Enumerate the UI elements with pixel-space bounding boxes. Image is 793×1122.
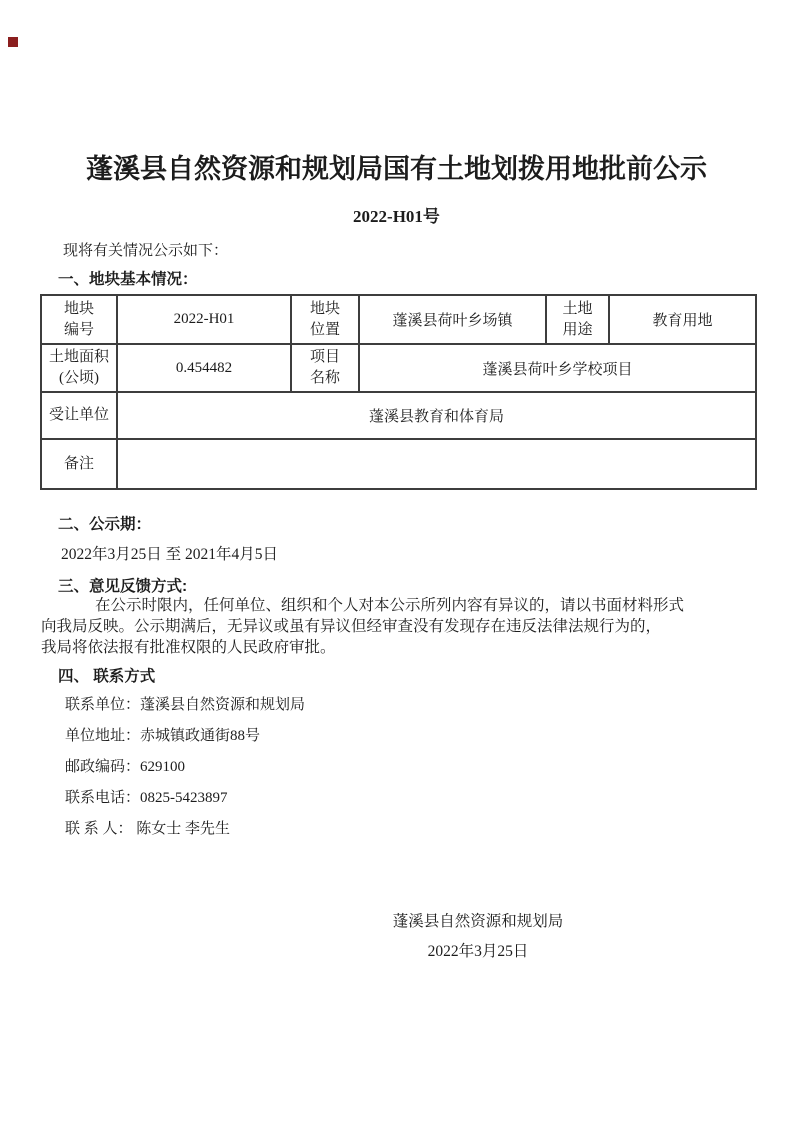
table-row: 受让单位 蓬溪县教育和体育局 xyxy=(41,392,756,439)
feedback-line: 在公示时限内，任何单位、组织和个人对本公示所列内容有异议的，请以书面材料形式 xyxy=(41,595,741,616)
section3-heading: 三、意见反馈方式: xyxy=(58,574,187,596)
remark-value xyxy=(117,439,756,489)
contact-phone: 联系电话：0825-5423897 xyxy=(65,783,305,814)
table-row: 地块 编号 2022-H01 地块 位置 蓬溪县荷叶乡场镇 土地 用途 教育用地 xyxy=(41,295,756,344)
project-name-label: 项目 名称 xyxy=(291,344,359,392)
document-number: 2022-H01号 xyxy=(0,202,793,227)
land-info-table: 地块 编号 2022-H01 地块 位置 蓬溪县荷叶乡场镇 土地 用途 教育用地… xyxy=(40,294,757,490)
land-use-value: 教育用地 xyxy=(609,295,756,344)
contact-unit: 联系单位：蓬溪县自然资源和规划局 xyxy=(65,690,305,721)
area-label: 土地面积 (公顷) xyxy=(41,344,117,392)
table-row: 备注 xyxy=(41,439,756,489)
transferee-value: 蓬溪县教育和体育局 xyxy=(117,392,756,439)
parcel-no-value: 2022-H01 xyxy=(117,295,291,344)
unit-address: 单位地址：赤城镇政通街88号 xyxy=(65,721,305,752)
publicity-period: 2022年3月25日 至 2021年4月5日 xyxy=(61,542,278,564)
document-page: 蓬溪县自然资源和规划局国有土地划拨用地批前公示 2022-H01号 现将有关情况… xyxy=(0,0,793,1122)
feedback-line: 我局将依法报有批准权限的人民政府审批。 xyxy=(41,637,741,658)
signature-date: 2022年3月25日 xyxy=(288,937,668,967)
table-row: 土地面积 (公顷) 0.454482 项目 名称 蓬溪县荷叶乡学校项目 xyxy=(41,344,756,392)
contact-person: 联 系 人： 陈女士 李先生 xyxy=(65,814,305,845)
section4-heading: 四、 联系方式 xyxy=(58,664,155,686)
contact-block: 联系单位：蓬溪县自然资源和规划局 单位地址：赤城镇政通街88号 邮政编码：629… xyxy=(65,690,305,845)
intro-text: 现将有关情况公示如下： xyxy=(63,239,228,260)
feedback-line: 向我局反映。公示期满后，无异议或虽有异议但经审查没有发现存在违反法律法规行为的， xyxy=(41,616,741,637)
signature-org: 蓬溪县自然资源和规划局 xyxy=(288,907,668,937)
transferee-label: 受让单位 xyxy=(41,392,117,439)
postal-code: 邮政编码：629100 xyxy=(65,752,305,783)
area-value: 0.454482 xyxy=(117,344,291,392)
parcel-no-label: 地块 编号 xyxy=(41,295,117,344)
signature-block: 蓬溪县自然资源和规划局 2022年3月25日 xyxy=(288,907,668,967)
land-use-label: 土地 用途 xyxy=(546,295,609,344)
location-value: 蓬溪县荷叶乡场镇 xyxy=(359,295,546,344)
document-title: 蓬溪县自然资源和规划局国有土地划拨用地批前公示 xyxy=(0,147,793,186)
section2-heading: 二、公示期： xyxy=(58,512,151,534)
location-label: 地块 位置 xyxy=(291,295,359,344)
remark-label: 备注 xyxy=(41,439,117,489)
corner-mark xyxy=(8,37,18,47)
feedback-paragraph: 在公示时限内，任何单位、组织和个人对本公示所列内容有异议的，请以书面材料形式 向… xyxy=(41,595,741,658)
section1-heading: 一、地块基本情况： xyxy=(58,267,198,289)
project-name-value: 蓬溪县荷叶乡学校项目 xyxy=(359,344,756,392)
